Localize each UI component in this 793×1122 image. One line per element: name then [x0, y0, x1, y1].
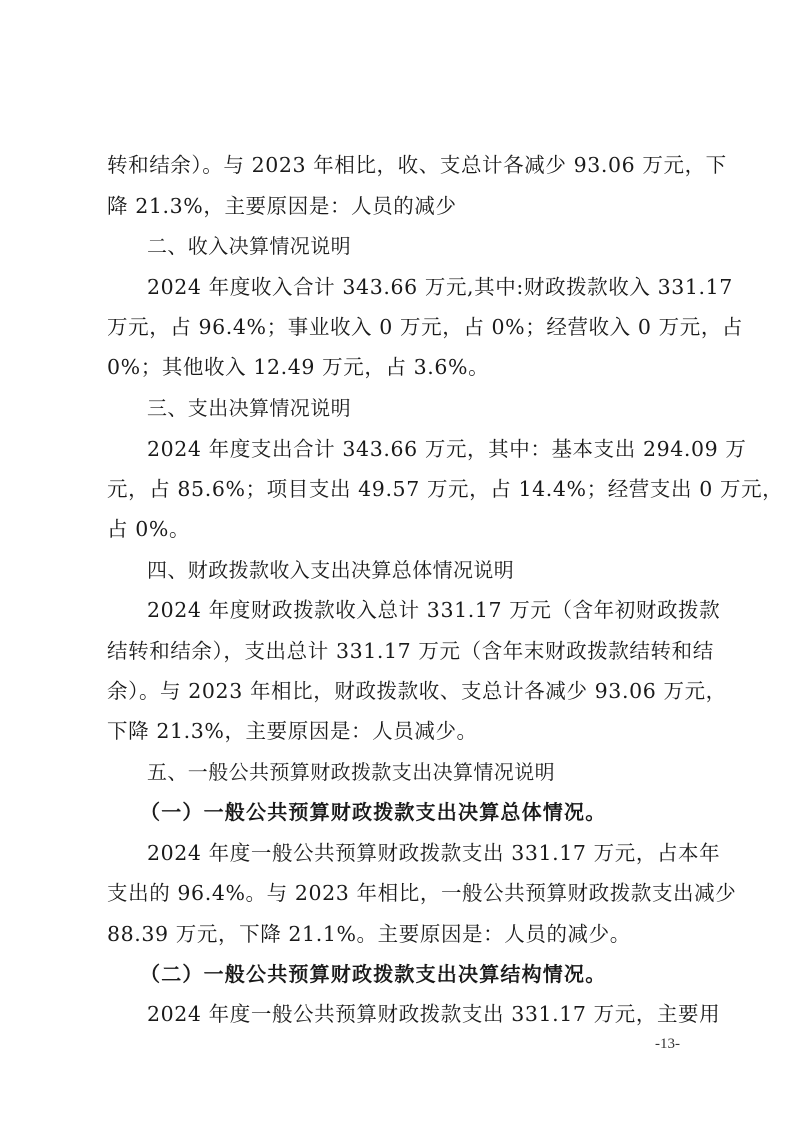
- section-heading-general-budget: 五、一般公共预算财政拨款支出决算情况说明: [147, 757, 737, 787]
- subsection-heading-structure: （二）一般公共预算财政拨款支出决算结构情况。: [140, 959, 730, 989]
- paragraph-line: 2024 年度收入合计 343.66 万元,其中:财政拨款收入 331.17: [147, 272, 737, 302]
- paragraph-line: 余）。与 2023 年相比，财政拨款收、支总计各减少 93.06 万元，: [107, 676, 697, 706]
- paragraph-line: 降 21.3%，主要原因是：人员的减少: [107, 191, 697, 221]
- section-heading-income: 二、收入决算情况说明: [147, 231, 737, 261]
- paragraph-line: 88.39 万元，下降 21.1%。主要原因是：人员的减少。: [107, 919, 697, 949]
- paragraph-line: 支出的 96.4%。与 2023 年相比，一般公共预算财政拨款支出减少: [107, 878, 697, 908]
- subsection-heading-overall: （一）一般公共预算财政拨款支出决算总体情况。: [140, 797, 730, 827]
- paragraph-line: 结转和结余），支出总计 331.17 万元（含年末财政拨款结转和结: [107, 636, 697, 666]
- paragraph-line: 2024 年度支出合计 343.66 万元，其中：基本支出 294.09 万: [147, 434, 737, 464]
- paragraph-line: 万元，占 96.4%；事业收入 0 万元，占 0%；经营收入 0 万元，占: [107, 312, 697, 342]
- paragraph-line: 元，占 85.6%；项目支出 49.57 万元，占 14.4%；经营支出 0 万…: [107, 474, 697, 504]
- paragraph-line: 转和结余）。与 2023 年相比，收、支总计各减少 93.06 万元，下: [107, 150, 697, 180]
- document-page: 转和结余）。与 2023 年相比，收、支总计各减少 93.06 万元，下 降 2…: [0, 0, 793, 1122]
- section-heading-fiscal-appropriation: 四、财政拨款收入支出决算总体情况说明: [147, 555, 737, 585]
- paragraph-line: 占 0%。: [107, 514, 697, 544]
- section-heading-expenditure: 三、支出决算情况说明: [147, 393, 737, 423]
- paragraph-line: 下降 21.3%，主要原因是：人员减少。: [107, 716, 697, 746]
- page-number: -13-: [655, 1036, 680, 1053]
- paragraph-line: 2024 年度财政拨款收入总计 331.17 万元（含年初财政拨款: [147, 595, 737, 625]
- paragraph-line: 2024 年度一般公共预算财政拨款支出 331.17 万元，占本年: [147, 838, 737, 868]
- paragraph-line: 2024 年度一般公共预算财政拨款支出 331.17 万元，主要用: [147, 999, 737, 1029]
- paragraph-line: 0%；其他收入 12.49 万元，占 3.6%。: [107, 352, 697, 382]
